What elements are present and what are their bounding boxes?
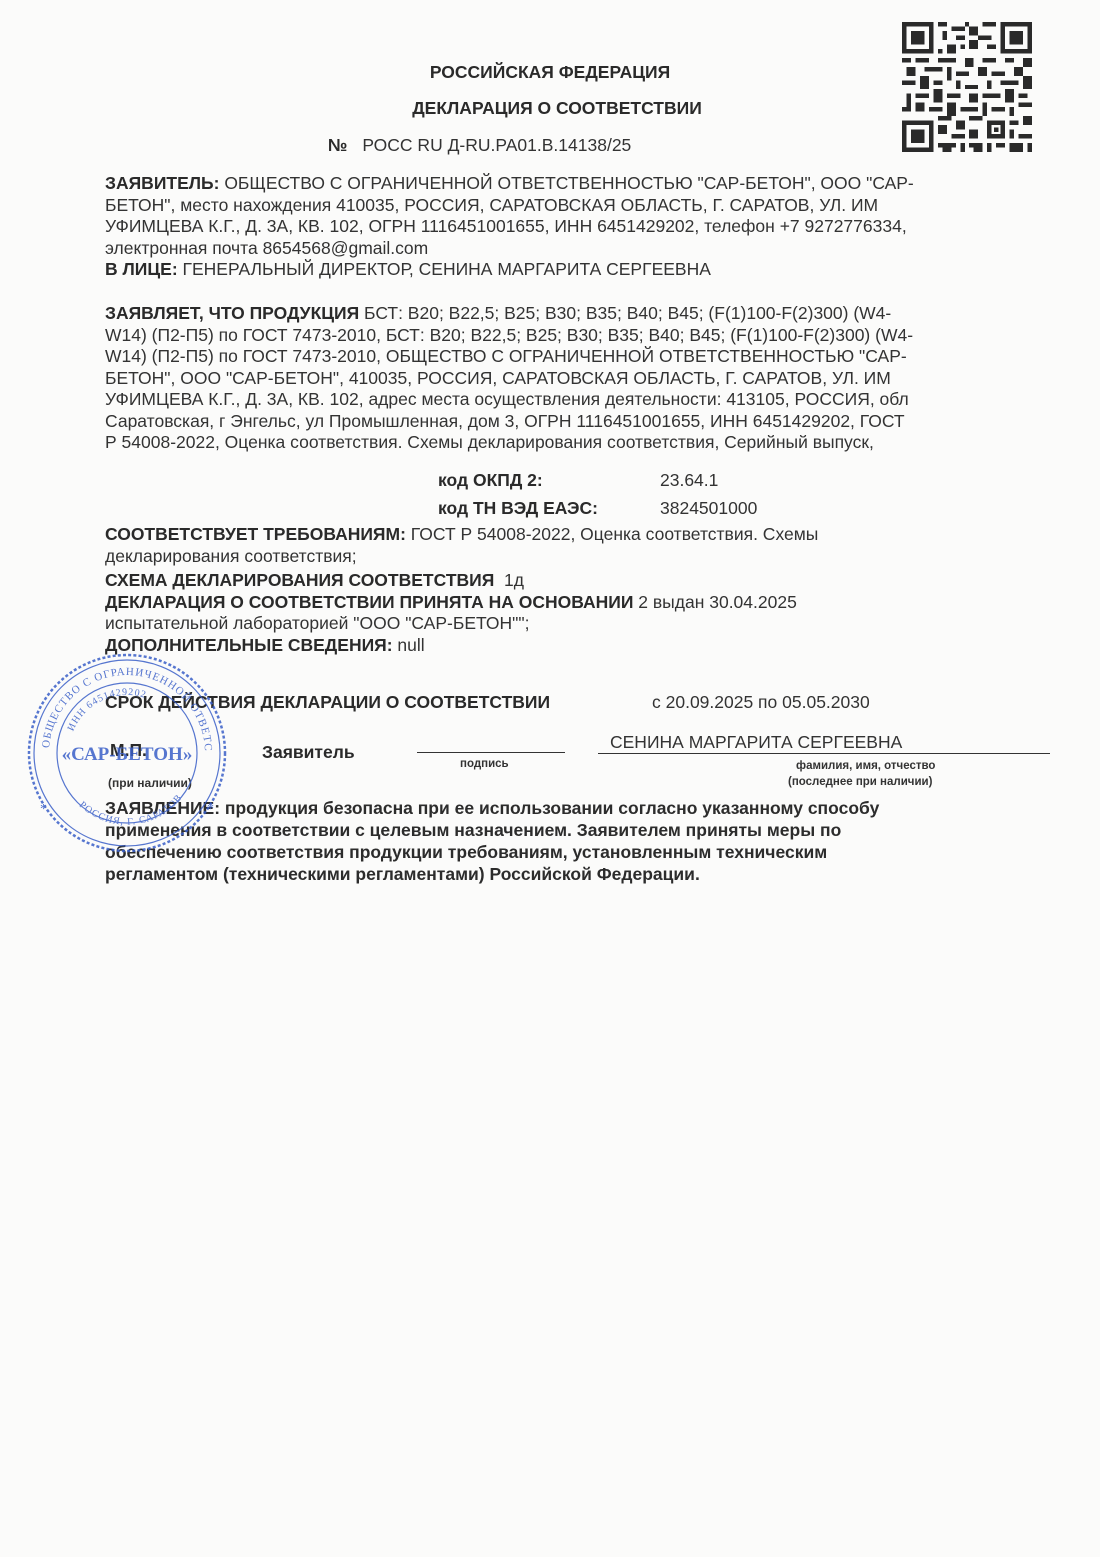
statement-line: обеспечению соответствия продукции требо… (105, 841, 1055, 863)
additional-value: null (393, 635, 425, 655)
product-line: БЕТОН", ООО "САР-БЕТОН", 410035, РОССИЯ,… (105, 368, 1055, 390)
product-line: W14) (П2-П5) по ГОСТ 7473-2010, ОБЩЕСТВО… (105, 346, 1055, 368)
product-label: ЗАЯВЛЯЕТ, ЧТО ПРОДУКЦИЯ (105, 303, 359, 323)
number-value: РОСС RU Д-RU.PA01.B.14138/25 (362, 135, 631, 155)
scheme-value: 1д (494, 570, 524, 590)
tnved-label: код ТН ВЭД ЕАЭС: (438, 498, 598, 519)
company-stamp-icon: ОБЩЕСТВО С ОГРАНИЧЕННОЙ ОТВЕТСТВЕННОСТЬЮ… (22, 648, 232, 858)
scheme-label: СХЕМА ДЕКЛАРИРОВАНИЯ СООТВЕТСТВИЯ (105, 570, 494, 590)
requirements-section: СООТВЕТСТВУЕТ ТРЕБОВАНИЯМ: ГОСТ Р 54008-… (105, 524, 1055, 656)
statement-section: ЗАЯВЛЕНИЕ: продукция безопасна при ее ис… (105, 797, 1055, 885)
name-line (598, 753, 1050, 754)
applicant-line: ОБЩЕСТВО С ОГРАНИЧЕННОЙ ОТВЕТСТВЕННОСТЬЮ… (219, 173, 913, 193)
requirements-label: СООТВЕТСТВУЕТ ТРЕБОВАНИЯМ: (105, 524, 406, 544)
applicant-section: ЗАЯВИТЕЛЬ: ОБЩЕСТВО С ОГРАНИЧЕННОЙ ОТВЕТ… (105, 173, 1055, 281)
signatory-name: СЕНИНА МАРГАРИТА СЕРГЕЕВНА (610, 732, 902, 753)
basis-value: 2 выдан 30.04.2025 (633, 592, 796, 612)
product-line: БСТ: В20; В22,5; В25; В30; В35; В40; В45… (359, 303, 891, 323)
name-caption-note: (последнее при наличии) (788, 776, 932, 788)
represented-by-label: В ЛИЦЕ: (105, 259, 178, 279)
applicant-signature-label: Заявитель (262, 742, 355, 763)
applicant-line: УФИМЦЕВА К.Г., Д. 3А, КВ. 102, ОГРН 1116… (105, 216, 1055, 238)
declaration-number: № РОСС RU Д-RU.PA01.B.14138/25 (328, 135, 631, 156)
product-section: ЗАЯВЛЯЕТ, ЧТО ПРОДУКЦИЯ БСТ: В20; В22,5;… (105, 303, 1055, 454)
name-caption: фамилия, имя, отчество (796, 760, 935, 772)
product-line: Саратовская, г Энгельс, ул Промышленная,… (105, 411, 1055, 433)
okpd-value: 23.64.1 (660, 470, 718, 491)
applicant-line: электронная почта 8654568@gmail.com (105, 238, 1055, 260)
qr-code-icon (902, 22, 1032, 152)
validity-value: с 20.09.2025 по 05.05.2030 (652, 692, 870, 713)
product-line: Р 54008-2022, Оценка соответствия. Схемы… (105, 432, 1055, 454)
okpd-label: код ОКПД 2: (438, 470, 543, 491)
requirements-value-cont: декларирования соответствия; (105, 546, 1055, 568)
svg-text:*: * (40, 802, 47, 817)
svg-text:*: * (207, 802, 214, 817)
declaration-page: РОССИЙСКАЯ ФЕДЕРАЦИЯ ДЕКЛАРАЦИЯ О СООТВЕ… (0, 0, 1100, 1557)
tnved-value: 3824501000 (660, 498, 757, 519)
statement-line: регламентом (техническими регламентами) … (105, 863, 1055, 885)
document-title: ДЕКЛАРАЦИЯ О СООТВЕТСТВИИ (0, 98, 1100, 119)
signature-caption: подпись (460, 758, 509, 770)
requirements-value: ГОСТ Р 54008-2022, Оценка соответствия. … (406, 524, 818, 544)
product-line: УФИМЦЕВА К.Г., Д. 3А, КВ. 102, адрес мес… (105, 389, 1055, 411)
applicant-label: ЗАЯВИТЕЛЬ: (105, 173, 219, 193)
statement-line: продукция безопасна при ее использовании… (220, 798, 879, 818)
basis-label: ДЕКЛАРАЦИЯ О СООТВЕТСТВИИ ПРИНЯТА НА ОСН… (105, 592, 633, 612)
basis-lab: испытательной лабораторией "ООО "САР-БЕТ… (105, 613, 1055, 635)
number-sign: № (328, 135, 348, 155)
applicant-line: БЕТОН", место нахождения 410035, РОССИЯ,… (105, 195, 1055, 217)
svg-text:«САР-БЕТОН»: «САР-БЕТОН» (62, 744, 193, 765)
product-line: W14) (П2-П5) по ГОСТ 7473-2010, БСТ: В20… (105, 325, 1055, 347)
represented-by-value: ГЕНЕРАЛЬНЫЙ ДИРЕКТОР, СЕНИНА МАРГАРИТА С… (178, 259, 711, 279)
country-heading: РОССИЙСКАЯ ФЕДЕРАЦИЯ (0, 62, 1100, 83)
signature-line (417, 752, 565, 753)
statement-line: применения в соответствии с целевым назн… (105, 819, 1055, 841)
svg-text:РОССИЯ, Г. САРАТОВ: РОССИЯ, Г. САРАТОВ (77, 792, 185, 828)
